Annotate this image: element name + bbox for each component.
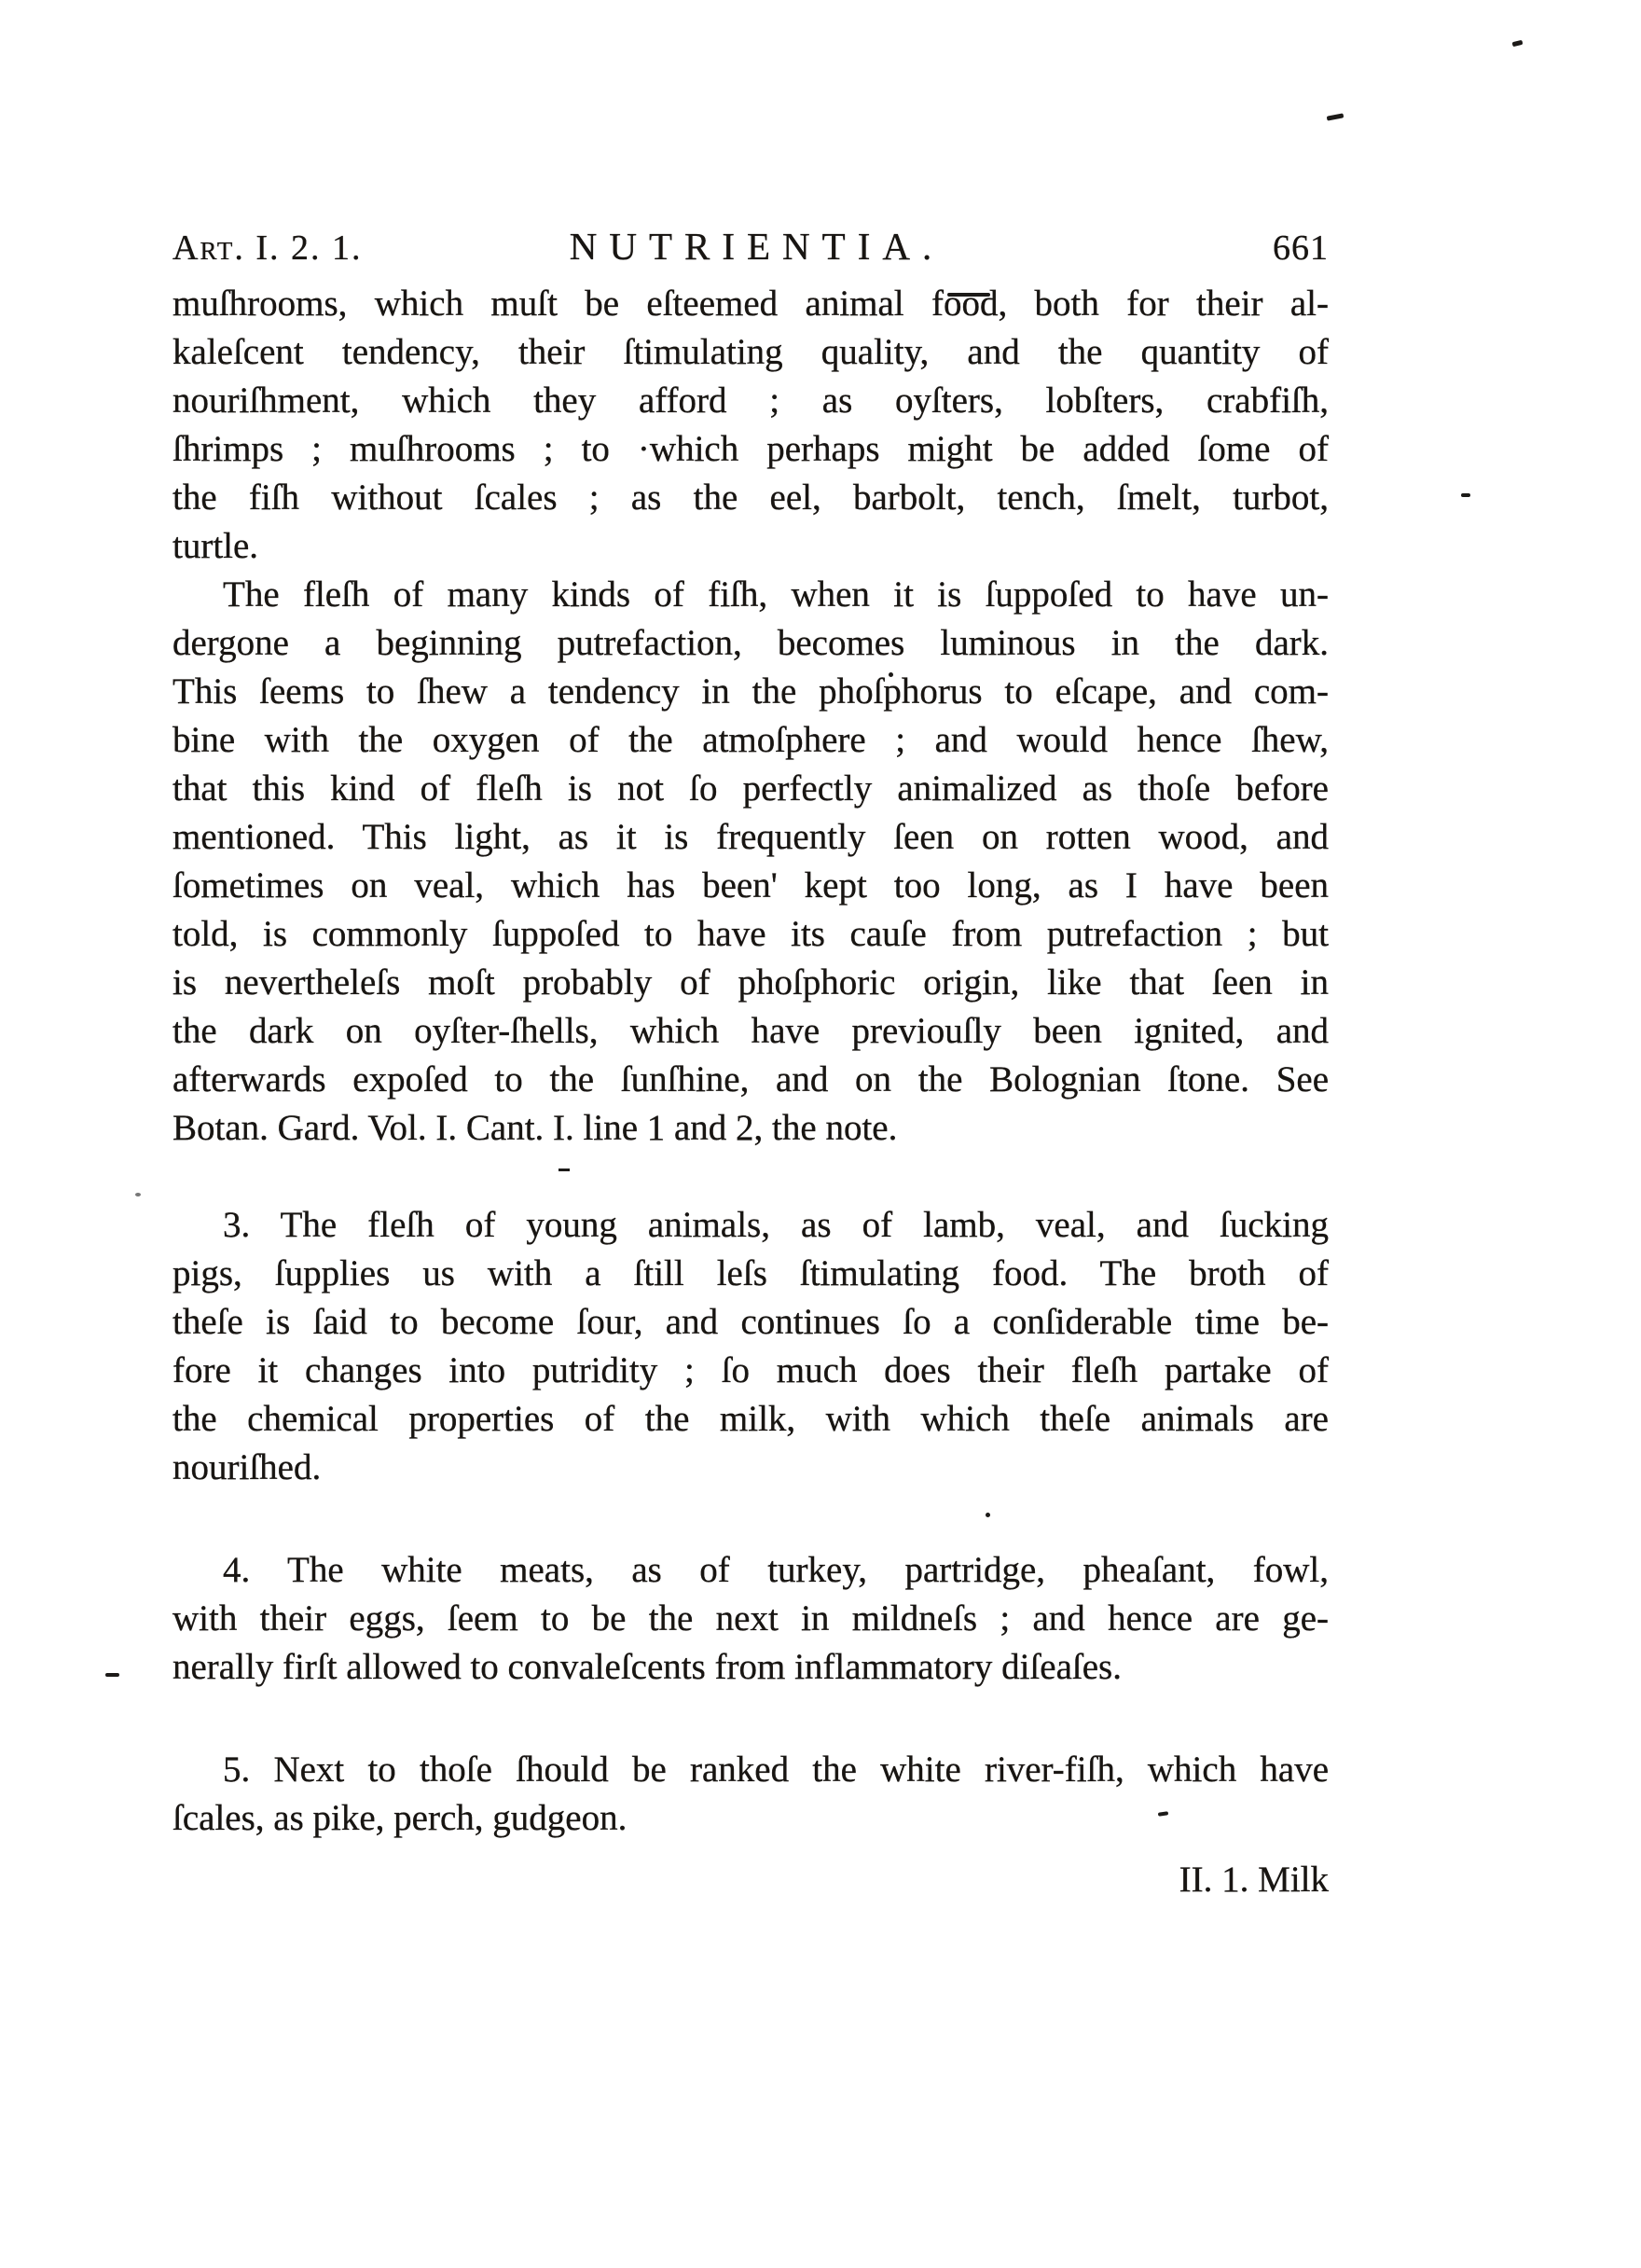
text-line: The fleſh of many kinds of fiſh, when it… <box>172 571 1329 619</box>
paragraph-continuation: muſhrooms, which muſt be eſteemed animal… <box>172 280 1329 571</box>
text-line: afterwards expoſed to the ſunſhine, and … <box>172 1056 1329 1104</box>
paragraph-fish-flesh: The fleſh of many kinds of fiſh, when it… <box>172 571 1329 1153</box>
text-line: dergone a beginning putrefaction, become… <box>172 619 1329 668</box>
text-line: the fiſh without ſcales ; as the eel, ba… <box>172 474 1329 522</box>
text-line: fore it changes into putridity ; ſo much… <box>172 1347 1329 1395</box>
text-line: bine with the oxygen of the atmoſphere ;… <box>172 716 1329 765</box>
catchword: II. 1. Milk <box>172 1856 1329 1904</box>
article-reference: Art. I. 2. 1. <box>172 224 362 272</box>
paragraph-4-white-meats: 4. The white meats, as of turkey, partri… <box>172 1546 1329 1692</box>
text-line: ſcales, as pike, perch, gudgeon. <box>172 1794 1329 1843</box>
text-line: 3. The fleſh of young animals, as of lam… <box>172 1201 1329 1250</box>
page-header: Art. I. 2. 1. NUTRIENTIA. 661 <box>172 222 1329 270</box>
ink-speck <box>1327 113 1345 120</box>
text-line: ſometimes on veal, which has been' kept … <box>172 862 1329 910</box>
ink-speck <box>135 1193 141 1196</box>
text-line: Botan. Gard. Vol. I. Cant. I. line 1 and… <box>172 1104 1329 1153</box>
text-line: told, is commonly ſuppoſed to have its c… <box>172 910 1329 959</box>
text-line: the dark on oyſter-ſhells, which have pr… <box>172 1007 1329 1056</box>
text-line: nerally firſt allowed to convaleſcents f… <box>172 1643 1329 1692</box>
text-line: This ſeems to ſhew a tendency in the pho… <box>172 668 1329 716</box>
text-line: mentioned. This light, as it is frequent… <box>172 813 1329 862</box>
text-line: 5. Next to thoſe ſhould be ranked the wh… <box>172 1746 1329 1794</box>
ink-speck <box>889 672 893 677</box>
text-line: that this kind of fleſh is not ſo perfec… <box>172 765 1329 813</box>
text-line: turtle. <box>172 522 1329 571</box>
text-line: theſe is ſaid to become ſour, and contin… <box>172 1298 1329 1347</box>
text-line: is nevertheleſs moſt probably of phoſpho… <box>172 959 1329 1007</box>
running-title: NUTRIENTIA. <box>570 222 944 270</box>
ink-speck <box>105 1673 119 1677</box>
text-line: the chemical properties of the milk, wit… <box>172 1395 1329 1444</box>
ink-speck <box>947 293 990 297</box>
text-line: ſhrimps ; muſhrooms ; to ·which perhaps … <box>172 425 1329 474</box>
text-line: nouriſhed. <box>172 1444 1329 1492</box>
text-line: with their eggs, ſeem to be the next in … <box>172 1595 1329 1643</box>
text-line: kaleſcent tendency, their ſtimulating qu… <box>172 328 1329 377</box>
page-body: muſhrooms, which muſt be eſteemed animal… <box>172 280 1329 1904</box>
text-line: pigs, ſupplies us with a ſtill leſs ſtim… <box>172 1250 1329 1298</box>
page-number: 661 <box>1273 224 1329 272</box>
text-line: muſhrooms, which muſt be eſteemed animal… <box>172 280 1329 328</box>
ink-speck <box>1461 493 1470 497</box>
text-line: 4. The white meats, as of turkey, partri… <box>172 1546 1329 1595</box>
paragraph-5-river-fish: 5. Next to thoſe ſhould be ranked the wh… <box>172 1746 1329 1843</box>
book-page: Art. I. 2. 1. NUTRIENTIA. 661 muſhrooms,… <box>0 0 1641 2268</box>
ink-speck <box>558 1169 570 1171</box>
text-line: nouriſhment, which they afford ; as oyſt… <box>172 377 1329 425</box>
ink-speck <box>986 1513 990 1517</box>
paragraph-3-young-animals: 3. The fleſh of young animals, as of lam… <box>172 1201 1329 1492</box>
ink-speck <box>1512 40 1524 48</box>
